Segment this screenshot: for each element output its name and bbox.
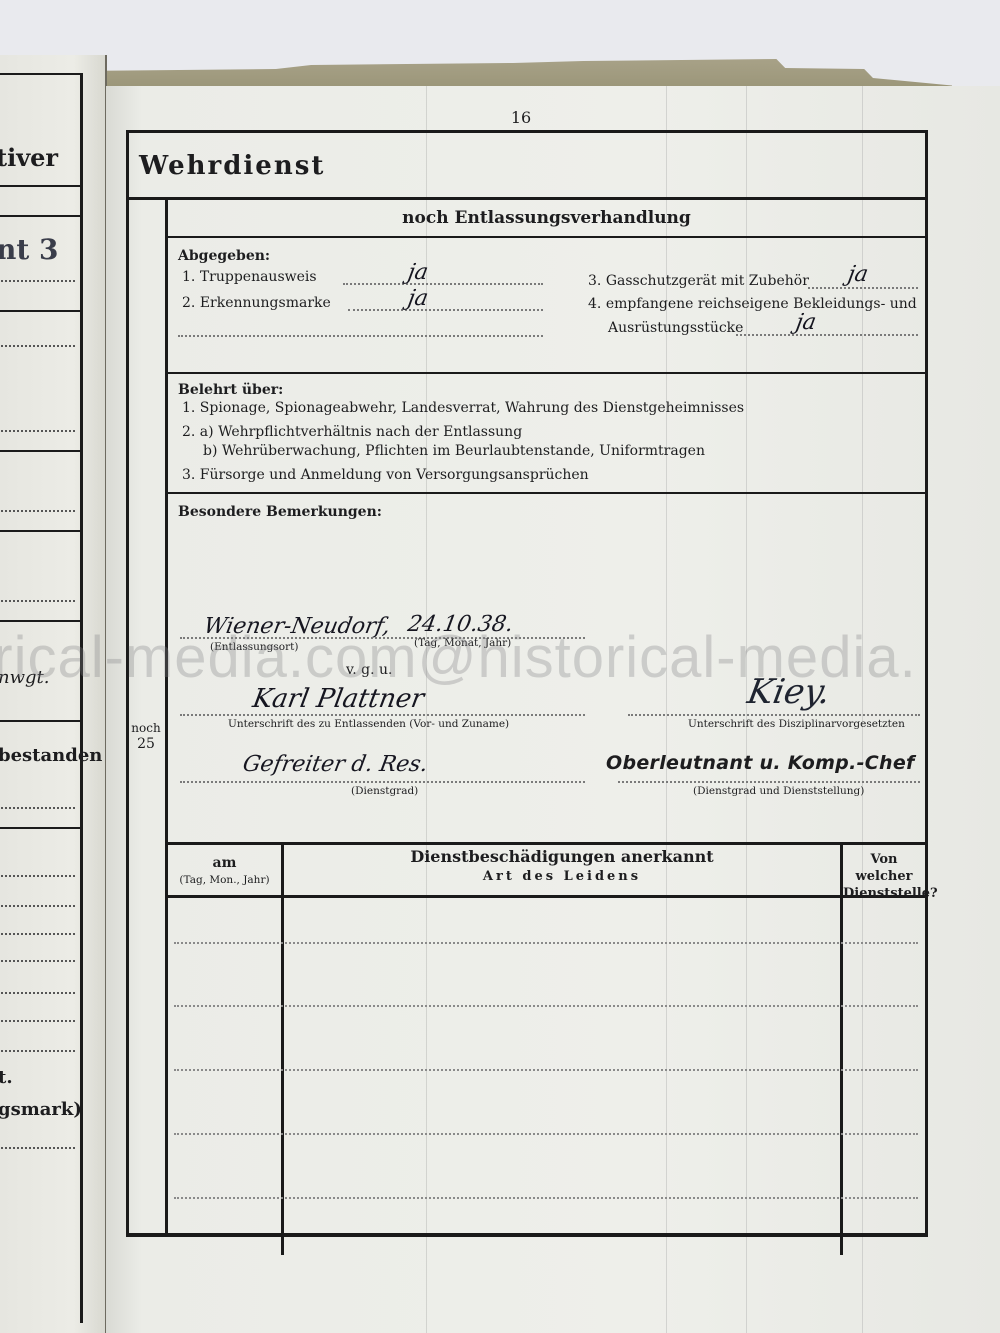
left-page-dotted-line [0, 905, 75, 907]
dotted-field [618, 781, 920, 783]
left-page-dotted-line [0, 960, 75, 962]
dotted-field [343, 283, 543, 285]
table-row-line [174, 1133, 918, 1135]
abgegeben-item-2: 2. Erkennungsmarke [182, 295, 331, 311]
left-page-rule [0, 530, 80, 532]
rank-caption: (Dienstgrad) [351, 785, 418, 797]
left-page-rule [0, 73, 80, 75]
belehrt-section: Belehrt über: 1. Spionage, Spionageabweh… [168, 374, 925, 494]
left-page-fragment: bestanden [0, 745, 102, 766]
dotted-field [180, 714, 585, 716]
handwritten-value: ja [406, 260, 430, 285]
table-column-divider [840, 845, 843, 1255]
left-page-dotted-line [0, 875, 75, 877]
form-subtitle: noch Entlassungsverhandlung [168, 200, 925, 238]
section-title-band: Wehrdienst [129, 133, 925, 200]
side-column: noch 25 [129, 200, 168, 1233]
left-page-fragment: nt 3 [0, 233, 59, 266]
abgegeben-item-4-continued: Ausrüstungsstücke [608, 320, 743, 336]
belehrt-item-1: 1. Spionage, Spionageabwehr, Landesverra… [182, 400, 744, 416]
left-page-rule [0, 215, 80, 217]
left-page-dotted-line [0, 807, 75, 809]
abgegeben-item-4: 4. empfangene reichseigene Bekleidungs- … [588, 296, 917, 312]
belehrt-label: Belehrt über: [178, 382, 283, 398]
column-header-date: am (Tag, Mon., Jahr) [168, 855, 281, 889]
form-content: noch Entlassungsverhandlung Abgegeben: 1… [168, 200, 925, 1255]
table-row-line [174, 1197, 918, 1199]
left-page-dotted-line [0, 345, 75, 347]
dotted-field [628, 714, 920, 716]
section-title: Wehrdienst [139, 151, 325, 181]
handwritten-value: ja [846, 262, 870, 287]
dotted-field [348, 309, 543, 311]
left-page-rule [0, 620, 80, 622]
table-column-divider [281, 845, 284, 1255]
dotted-field [178, 335, 543, 337]
left-page-dotted-line [0, 510, 75, 512]
handwritten-value: ja [406, 286, 430, 311]
left-page-fragment: tiver [0, 143, 58, 172]
abgegeben-item-3: 3. Gasschutzgerät mit Zubehör [588, 273, 809, 289]
side-label-noch: noch [131, 720, 161, 736]
dotted-field [808, 287, 918, 289]
column-header-office: Von welcher Dienststelle? [843, 851, 925, 902]
side-label: noch 25 [131, 720, 161, 752]
table-row-line [174, 942, 918, 944]
left-page-rule [0, 827, 80, 829]
left-page-rule [0, 450, 80, 452]
page-number: 16 [506, 108, 536, 127]
belehrt-item-2b: b) Wehrüberwachung, Pflichten im Beurlau… [203, 443, 705, 459]
dotted-field [180, 781, 585, 783]
signature-discharged-caption: Unterschrift des zu Entlassenden (Vor- u… [228, 718, 509, 730]
abgegeben-section: Abgegeben: 1. Truppenausweis ja 2. Erken… [168, 238, 925, 374]
belehrt-item-3: 3. Fürsorge und Anmeldung von Versorgung… [182, 467, 589, 483]
left-page-rule [0, 310, 80, 312]
table-row-line [174, 1069, 918, 1071]
left-page-rule [0, 185, 80, 187]
abgegeben-item-1: 1. Truppenausweis [182, 269, 317, 285]
left-page-dotted-line [0, 1020, 75, 1022]
left-page-fragment: gsmark) [0, 1099, 82, 1120]
left-page-dotted-line [0, 430, 75, 432]
left-page-fragment: t. [0, 1067, 13, 1088]
signature-superior-caption: Unterschrift des Disziplinarvorgesetzten [688, 718, 905, 730]
position-stamp: Oberleutnant u. Komp.-Chef [606, 752, 915, 774]
rank-value: Gefreiter d. Res. [241, 752, 430, 777]
watermark: orical-media.com@historical-media. [0, 624, 1000, 691]
dotted-field [736, 334, 918, 336]
left-page-dotted-line [0, 933, 75, 935]
belehrt-item-2a: 2. a) Wehrpflichtverhältnis nach der Ent… [182, 424, 522, 440]
left-page-dotted-line [0, 1147, 75, 1149]
abgegeben-label: Abgegeben: [178, 248, 270, 264]
handwritten-value: ja [794, 310, 818, 335]
left-page-dotted-line [0, 600, 75, 602]
column-header-injury: Dienstbeschädigungen anerkannt Art des L… [284, 847, 840, 887]
left-page-dotted-line [0, 1050, 75, 1052]
service-injury-table: am (Tag, Mon., Jahr) Dienstbeschädigunge… [168, 845, 925, 1255]
table-row-line [174, 1005, 918, 1007]
left-page-rule [0, 720, 80, 722]
position-caption: (Dienstgrad und Dienststellung) [693, 785, 864, 797]
bemerkungen-label: Besondere Bemerkungen: [178, 504, 382, 520]
document-page: 16 Wehrdienst noch 25 noch Entlassungsve… [106, 86, 1000, 1333]
left-page-dotted-line [0, 992, 75, 994]
left-page-dotted-line [0, 280, 75, 282]
side-label-number: 25 [131, 736, 161, 752]
left-page-edge: tiver nt 3 nwgt. bestanden t. gsmark) [0, 55, 107, 1333]
